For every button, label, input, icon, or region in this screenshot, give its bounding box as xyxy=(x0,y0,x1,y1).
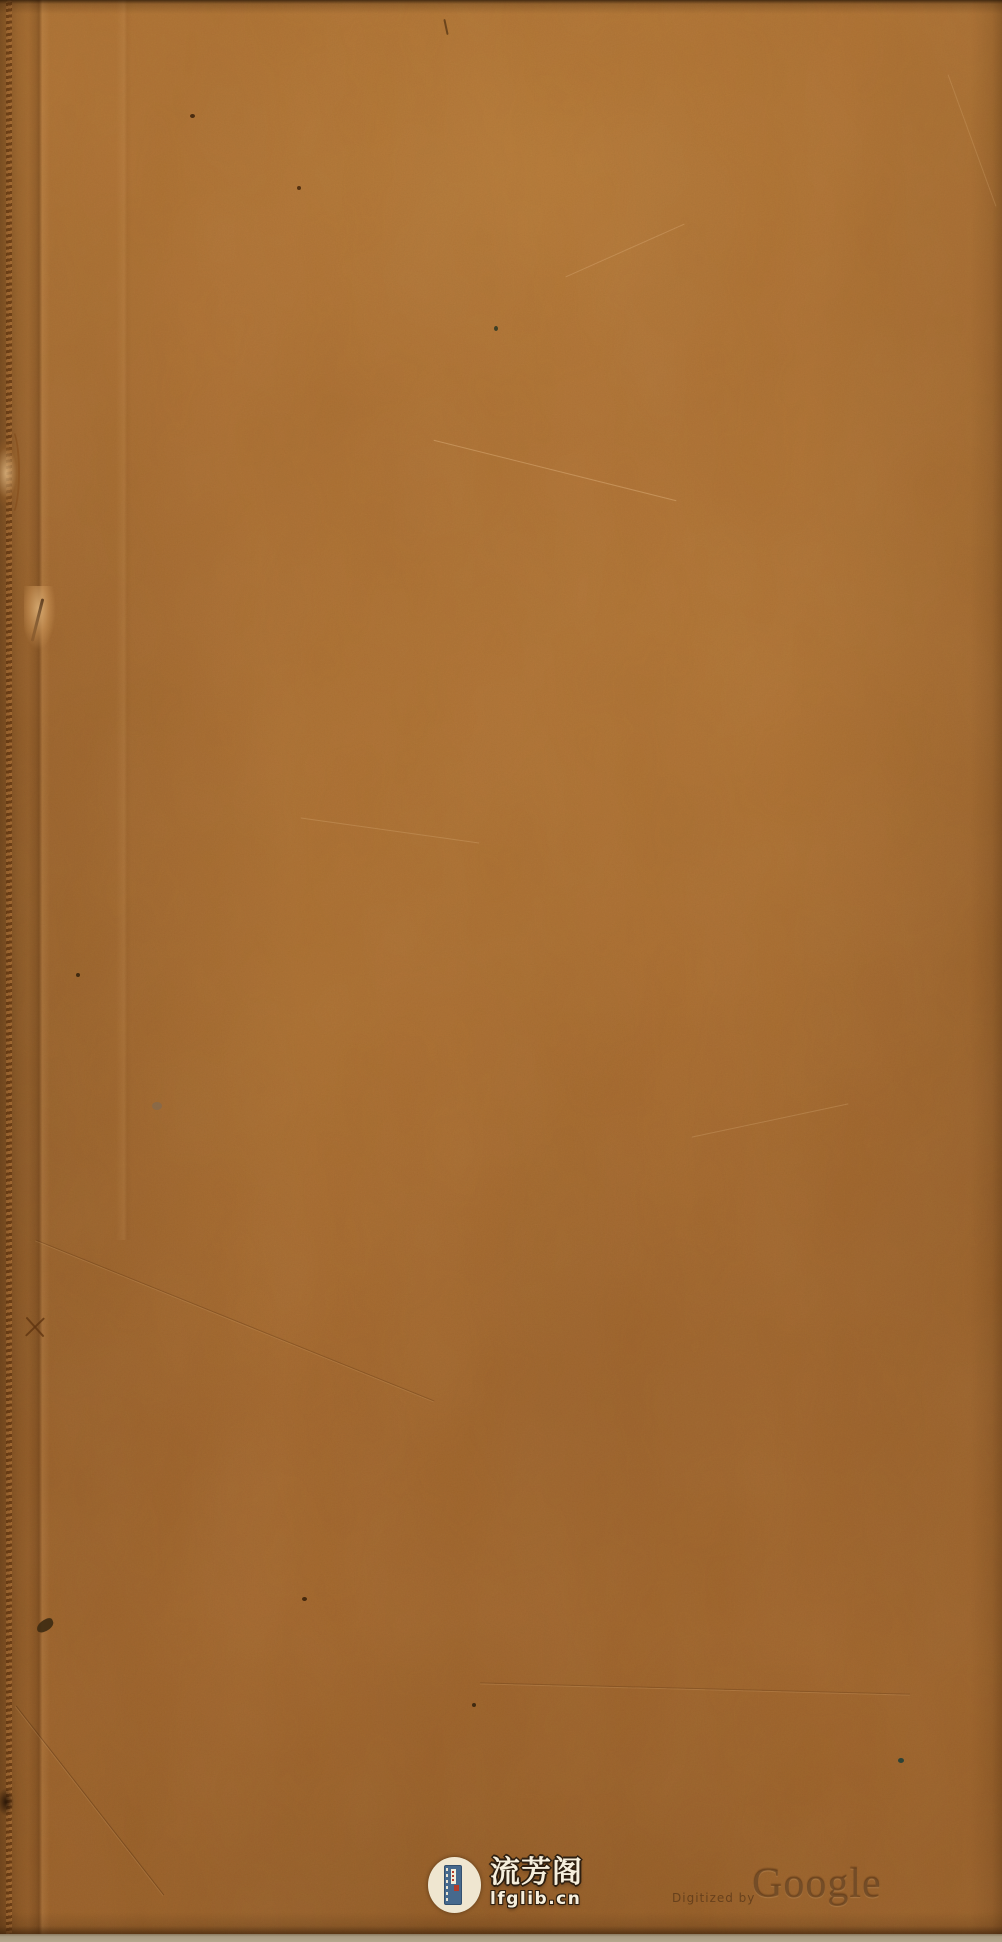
stitch-mark xyxy=(26,1317,45,1338)
lfglib-logo-icon xyxy=(428,1857,481,1913)
crease-line xyxy=(301,817,479,843)
crease-line xyxy=(565,224,684,278)
paper-fiber xyxy=(443,19,448,35)
watermark-text-block: 流芳阁 lfglib.cn xyxy=(490,1857,583,1909)
paper-tear xyxy=(24,586,56,650)
speck xyxy=(494,326,498,331)
stitch-mark xyxy=(25,1317,45,1336)
edge-vignette xyxy=(0,0,1002,1942)
spine-fold-crease xyxy=(28,0,50,1942)
scanner-edge-strip xyxy=(0,1934,1002,1942)
speck xyxy=(76,973,80,977)
stitched-book-icon xyxy=(444,1865,462,1905)
speck xyxy=(190,114,195,118)
bottom-edge-shadow xyxy=(0,1926,1002,1934)
speck xyxy=(302,1597,307,1601)
watermark-site-domain: lfglib.cn xyxy=(490,1889,583,1909)
book-red-seal xyxy=(454,1885,459,1891)
smudge xyxy=(152,1102,162,1110)
book-stitch-detail xyxy=(446,1868,448,1902)
book-cover-scan: 流芳阁 lfglib.cn Digitized by Google xyxy=(0,0,1002,1942)
digitized-by-google-watermark: Digitized by Google xyxy=(672,1862,892,1914)
crease-line xyxy=(35,1239,434,1401)
dark-fleck xyxy=(35,1617,56,1635)
paper-tear-crevice xyxy=(31,598,45,641)
lfglib-watermark: 流芳阁 lfglib.cn xyxy=(428,1857,583,1913)
speck xyxy=(472,1703,476,1707)
binding-thread xyxy=(6,0,12,1942)
speck xyxy=(297,186,301,190)
paper-texture xyxy=(0,0,1002,1942)
crease-line xyxy=(434,440,677,501)
watermark-site-name: 流芳阁 xyxy=(490,1857,583,1888)
crease-line xyxy=(16,1706,165,1896)
crease-line xyxy=(480,1682,910,1694)
book-title-label xyxy=(451,1869,456,1884)
vertical-fold-line xyxy=(116,0,132,1240)
crease-line xyxy=(692,1103,849,1137)
google-logo-text: Google xyxy=(752,1862,882,1906)
speck xyxy=(898,1758,904,1763)
digitized-by-label: Digitized by xyxy=(672,1891,755,1905)
crease-line xyxy=(948,75,997,207)
